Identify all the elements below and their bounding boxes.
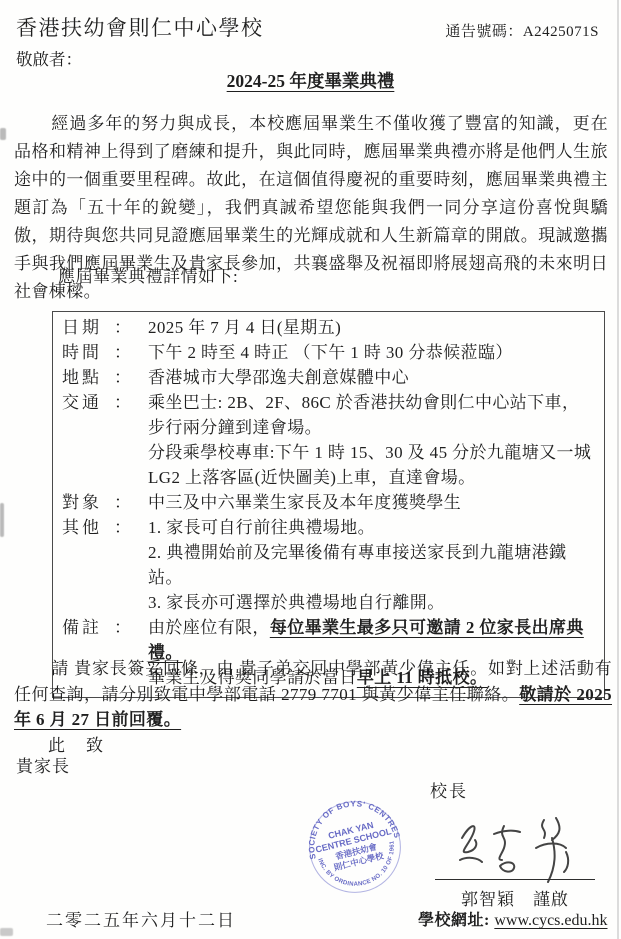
detail-row-date: 日期 ： 2025 年 7 月 4 日(星期五) (62, 315, 596, 340)
signature-line (435, 879, 595, 880)
details-heading: 應屆畢業典禮詳情如下: (58, 262, 238, 287)
website-line: 學校網址: www.cycs.edu.hk (418, 907, 608, 930)
row-label: 其他 (62, 515, 108, 540)
school-stamp: SOCIETY OF BOYS' CENTRES INC. BY ORDINAN… (292, 784, 418, 910)
row-colon: ： (108, 615, 148, 640)
row-label: 備註 (62, 615, 108, 640)
row-value: 2025 年 7 月 4 日(星期五) (148, 315, 596, 340)
recipient: 貴家長 (16, 752, 70, 777)
row-value: 1. 家長可自行前往典禮場地。 2. 典禮開始前及完畢後備有專車接送家長到九龍塘… (148, 515, 596, 615)
website-url: www.cycs.edu.hk (494, 912, 607, 929)
school-stamp-icon: SOCIETY OF BOYS' CENTRES INC. BY ORDINAN… (292, 784, 418, 910)
others-item-1: 1. 家長可自行前往典禮場地。 (148, 515, 596, 540)
row-colon: ： (108, 365, 148, 390)
school-name: 香港扶幼會則仁中心學校 (16, 12, 264, 42)
remark-line1-plain: 由於座位有限， (148, 618, 270, 637)
row-colon: ： (108, 390, 148, 415)
detail-row-audience: 對象 ： 中三及中六畢業生家長及本年度獲獎學生 (62, 490, 596, 515)
detail-row-venue: 地點 ： 香港城市大學邵逸夫創意媒體中心 (62, 365, 596, 390)
row-value: 中三及中六畢業生家長及本年度獲獎學生 (148, 490, 596, 515)
detail-row-transport: 交通 ： 乘坐巴士: 2B、2F、86C 於香港扶幼會則仁中心站下車，步行兩分鐘… (62, 390, 596, 490)
issue-date: 二零二五年六月十二日 (46, 906, 236, 931)
scan-smudge (0, 503, 4, 537)
scan-smudge (0, 928, 13, 936)
letter-page: 香港扶幼會則仁中心學校 通告號碼：A2425071S 敬啟者： 2024-25 … (0, 0, 621, 939)
row-colon: ： (108, 515, 148, 540)
row-colon: ： (108, 315, 148, 340)
row-label: 時間 (62, 340, 108, 365)
details-box: 日期 ： 2025 年 7 月 4 日(星期五) 時間 ： 下午 2 時至 4 … (52, 311, 605, 698)
row-colon: ： (108, 340, 148, 365)
row-label: 交通 (62, 390, 108, 415)
row-value: 香港城市大學邵逸夫創意媒體中心 (148, 365, 596, 390)
document-title-text: 2024-25 年度畢業典禮 (227, 71, 395, 91)
signature-icon (448, 808, 588, 886)
scan-smudge (0, 128, 6, 140)
others-item-2: 2. 典禮開始前及完畢後備有專車接送家長到九龍塘港鐵站。 (148, 540, 596, 590)
closing-paragraph: 請 貴家長簽妥回條，由 貴子弟交回中學部黃少偉主任。如對上述活動有任何查詢，請分… (14, 656, 612, 733)
transport-line-shuttle: 分段乘學校專車:下午 1 時 15、30 及 45 分於九龍塘又一城 LG2 上… (148, 440, 596, 490)
scan-edge-artifact (617, 0, 619, 939)
notice-number: 通告號碼：A2425071S (445, 20, 599, 41)
principal-label: 校長 (430, 777, 468, 802)
others-item-3: 3. 家長亦可選擇於典禮場地自行離開。 (148, 590, 596, 615)
website-label: 學校網址: (418, 912, 494, 929)
row-colon: ： (108, 490, 148, 515)
document-title: 2024-25 年度畢業典禮 (0, 68, 621, 93)
detail-row-others: 其他 ： 1. 家長可自行前往典禮場地。 2. 典禮開始前及完畢後備有專車接送家… (62, 515, 596, 615)
salutation: 敬啟者： (16, 46, 82, 70)
row-value: 下午 2 時至 4 時正 （下午 1 時 30 分恭候蒞臨） (148, 340, 596, 365)
row-label: 對象 (62, 490, 108, 515)
detail-row-time: 時間 ： 下午 2 時至 4 時正 （下午 1 時 30 分恭候蒞臨） (62, 340, 596, 365)
row-label: 日期 (62, 315, 108, 340)
row-label: 地點 (62, 365, 108, 390)
row-value: 乘坐巴士: 2B、2F、86C 於香港扶幼會則仁中心站下車，步行兩分鐘到達會場。… (148, 390, 596, 490)
transport-line-bus: 乘坐巴士: 2B、2F、86C 於香港扶幼會則仁中心站下車，步行兩分鐘到達會場。 (148, 390, 596, 440)
